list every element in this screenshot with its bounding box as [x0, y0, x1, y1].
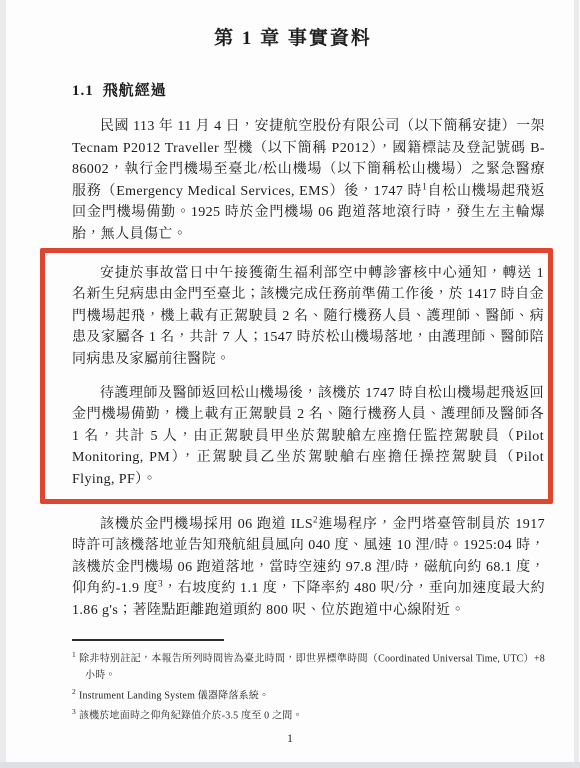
- footnote-text: 除非特別註記，本報告所列時間皆為臺北時間，即世界標準時間（Coordinated…: [79, 654, 545, 681]
- footnote-3: 3該機於地面時之仰角紀錄值介於-3.5 度至 0 之間。: [72, 704, 545, 724]
- paragraph-text: 安捷於事故當日中午接獲衛生福利部空中轉診審核中心通知，轉送 1 名新生兒病患由金…: [72, 266, 544, 367]
- body-paragraph-1: 民國 113 年 11 月 4 日，安捷航空股份有限公司（以下簡稱安捷）一架 T…: [72, 116, 545, 246]
- footnote-marker: 2: [72, 687, 76, 696]
- report-page: 第 1 章 事實資料 1.1飛航經過 民國 113 年 11 月 4 日，安捷航…: [0, 0, 580, 768]
- paragraph-text: 待護理師及醫師返回松山機場後，該機於 1747 時自松山機場起飛返回金門機場備勤…: [72, 386, 544, 487]
- footnote-1: 1除非特別註記，本報告所列時間皆為臺北時間，即世界標準時間（Coordinate…: [72, 647, 545, 683]
- body-paragraph-3: 待護理師及醫師返回松山機場後，該機於 1747 時自松山機場起飛返回金門機場備勤…: [72, 383, 544, 491]
- body-paragraph-2: 安捷於事故當日中午接獲衛生福利部空中轉診審核中心通知，轉送 1 名新生兒病患由金…: [72, 263, 544, 371]
- body-paragraph-4: 該機於金門機場採用 06 跑道 ILS2進場程序，金門塔臺管制員於 1917 時…: [72, 514, 545, 622]
- page-number: 1: [0, 731, 580, 746]
- highlight-box-red: 安捷於事故當日中午接獲衛生福利部空中轉診審核中心通知，轉送 1 名新生兒病患由金…: [40, 248, 553, 504]
- footnote-text: 該機於地面時之仰角紀錄值介於-3.5 度至 0 之間。: [79, 710, 303, 721]
- chapter-title: 第 1 章 事實資料: [6, 27, 580, 51]
- section-number: 1.1: [72, 83, 94, 99]
- footnote-2: 2Instrument Landing System 儀器降落系統。: [72, 684, 545, 704]
- section-label: 飛航經過: [103, 83, 167, 99]
- footnote-marker: 1: [72, 650, 76, 659]
- footnotes: 1除非特別註記，本報告所列時間皆為臺北時間，即世界標準時間（Coordinate…: [72, 647, 545, 724]
- footnote-separator: [72, 639, 224, 641]
- page-edge-bottom: [0, 762, 580, 768]
- footnote-marker: 3: [72, 707, 76, 716]
- section-heading: 1.1飛航經過: [72, 79, 545, 100]
- paragraph-text: 該機於金門機場採用 06 跑道 ILS: [100, 517, 313, 532]
- footnote-text: Instrument Landing System 儀器降落系統。: [79, 690, 269, 701]
- page-content: 第 1 章 事實資料 1.1飛航經過 民國 113 年 11 月 4 日，安捷航…: [0, 0, 580, 724]
